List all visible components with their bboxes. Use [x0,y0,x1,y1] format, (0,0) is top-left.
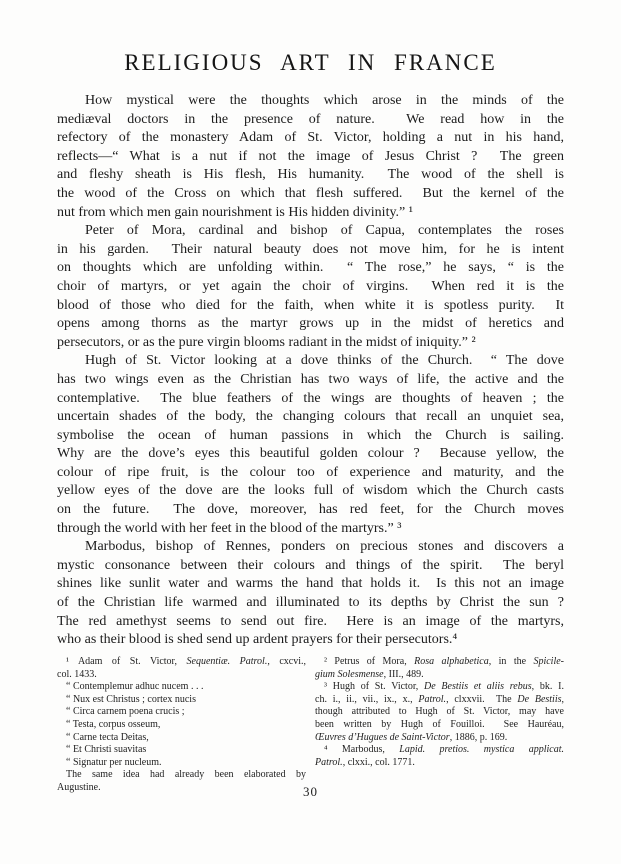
text-line: ch. i., ii., vii., ix., x., Patrol., clx… [315,694,564,707]
text-line: on thoughts which are unfolding within. … [57,259,564,278]
text-line: col. 1433. [57,669,306,682]
text-line: Peter of Mora, cardinal and bishop of Ca… [57,222,564,241]
text-line: ³ Hugh of St. Victor, De Bestiis et alii… [315,681,564,694]
text-line: refectory of the monastery Adam of St. V… [57,129,564,148]
text-line: The same idea had already been elaborate… [57,769,306,782]
footnote-3: ³ Hugh of St. Victor, De Bestiis et alii… [315,681,564,744]
text-line: “ Testa, corpus osseum, [57,719,306,732]
text-line: blood of those who died for the faith, w… [57,297,564,316]
text-line: “ Nux est Christus ; cortex nucis [57,694,306,707]
text-line: “ Carne tecta Deitas, [57,732,306,745]
text-line: opens among thorns as the martyr grows u… [57,315,564,334]
text-line: and fleshy sheath is His flesh, His huma… [57,166,564,185]
text-line: Why are the dove’s eyes this beautiful g… [57,445,564,464]
text-line: symbolise the ocean of human passions in… [57,427,564,446]
body-text: How mystical were the thoughts which aro… [57,92,564,650]
paragraph-nut-of-st-victor: How mystical were the thoughts which aro… [57,92,564,222]
page-number: 30 [0,784,621,800]
text-line: mystic consonance between their colours … [57,557,564,576]
text-line: Œuvres d’Hugues de Saint-Victor, 1886, p… [315,732,564,745]
text-line: has two wings even as the Christian has … [57,371,564,390]
text-line: on the future. The dove, moreover, has r… [57,501,564,520]
text-line: “ Et Christi suavitas [57,744,306,757]
footnotes: ¹ Adam of St. Victor, Sequentiæ. Patrol.… [57,656,564,795]
text-line: reflects—“ What is a nut if not the imag… [57,148,564,167]
text-line: Patrol., clxxi., col. 1771. [315,757,564,770]
text-line: Marbodus, bishop of Rennes, ponders on p… [57,538,564,557]
footnote-column-left: ¹ Adam of St. Victor, Sequentiæ. Patrol.… [57,656,306,795]
text-line: yellow eyes of the dove are the looks fu… [57,482,564,501]
text-line: “ Signatur per nucleum. [57,757,306,770]
text-line: persecutors, or as the pure virgin bloom… [57,334,564,353]
text-line: nut from which men gain nourishment is H… [57,204,564,223]
text-line: “ Contemplemur adhuc nucem . . . [57,681,306,694]
text-line: shines like sunlit water and warms the h… [57,575,564,594]
text-line: gium Solesmense, III., 489. [315,669,564,682]
footnote-1: ¹ Adam of St. Victor, Sequentiæ. Patrol.… [57,656,306,795]
text-line: ⁴ Marbodus, Lapid. pretios. mystica appl… [315,744,564,757]
footnote-column-right: ² Petrus of Mora, Rosa alphabetica, in t… [315,656,564,795]
footnote-2: ² Petrus of Mora, Rosa alphabetica, in t… [315,656,564,681]
text-line: though attributed to Hugh of St. Victor,… [315,706,564,719]
text-line: the wood of the Cross on which that fles… [57,185,564,204]
text-line: in his garden. Their natural beauty does… [57,241,564,260]
text-line: mediæval doctors in the presence of natu… [57,111,564,130]
paragraph-peter-of-mora: Peter of Mora, cardinal and bishop of Ca… [57,222,564,352]
text-line: of the Christian life warmed and illumin… [57,594,564,613]
text-line: through the world with her feet in the b… [57,520,564,539]
text-line: uncertain shades of the body, the changi… [57,408,564,427]
text-line: ² Petrus of Mora, Rosa alphabetica, in t… [315,656,564,669]
text-line: Hugh of St. Victor looking at a dove thi… [57,352,564,371]
page-title: RELIGIOUS ART IN FRANCE [0,50,621,76]
book-page: RELIGIOUS ART IN FRANCE How mystical wer… [0,0,621,864]
text-line: “ Circa carnem poena crucis ; [57,706,306,719]
text-line: How mystical were the thoughts which aro… [57,92,564,111]
text-line: ¹ Adam of St. Victor, Sequentiæ. Patrol.… [57,656,306,669]
text-line: who as their blood is shed send up arden… [57,631,564,650]
paragraph-hugh-of-st-victor: Hugh of St. Victor looking at a dove thi… [57,352,564,538]
footnote-4: ⁴ Marbodus, Lapid. pretios. mystica appl… [315,744,564,769]
text-line: choir of martyrs, or yet again the choir… [57,278,564,297]
text-line: The red amethyst seems to send out fire.… [57,613,564,632]
text-line: been written by Hugh of Fouilloi. See Ha… [315,719,564,732]
paragraph-marbodus: Marbodus, bishop of Rennes, ponders on p… [57,538,564,650]
text-line: contemplative. The blue feathers of the … [57,390,564,409]
text-line: colour of ripe fruit, is the colour too … [57,464,564,483]
